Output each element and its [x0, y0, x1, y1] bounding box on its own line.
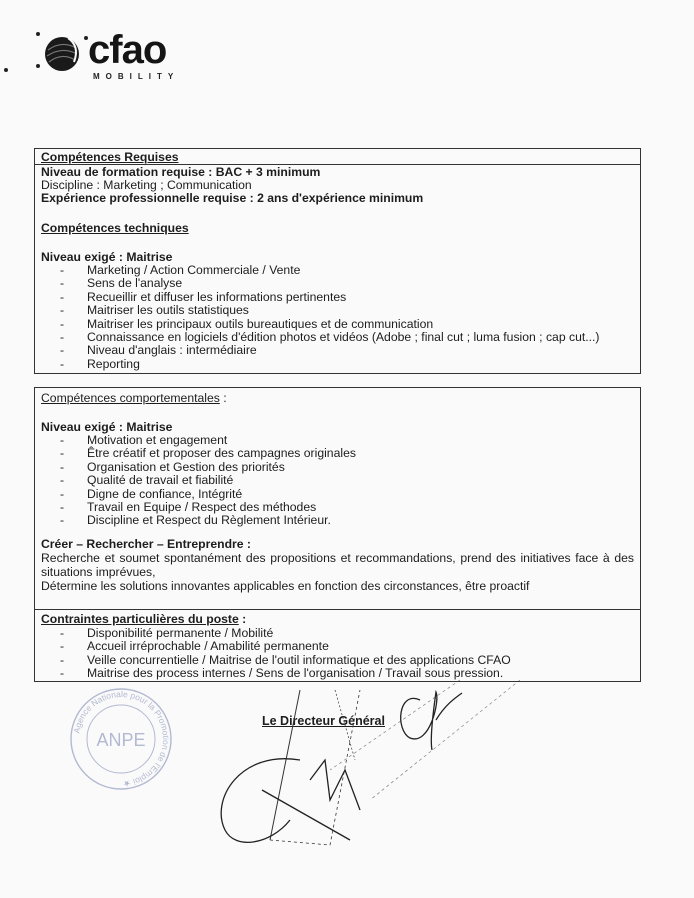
- anpe-stamp-icon: ANPE Agence Nationale pour la Promotion …: [71, 689, 171, 789]
- svg-text:ANPE: ANPE: [96, 730, 145, 750]
- stamps-and-signatures: ANPE Agence Nationale pour la Promotion …: [0, 0, 694, 898]
- company-stamp-icon: [270, 680, 520, 845]
- signature-scribble-icon: [221, 692, 462, 842]
